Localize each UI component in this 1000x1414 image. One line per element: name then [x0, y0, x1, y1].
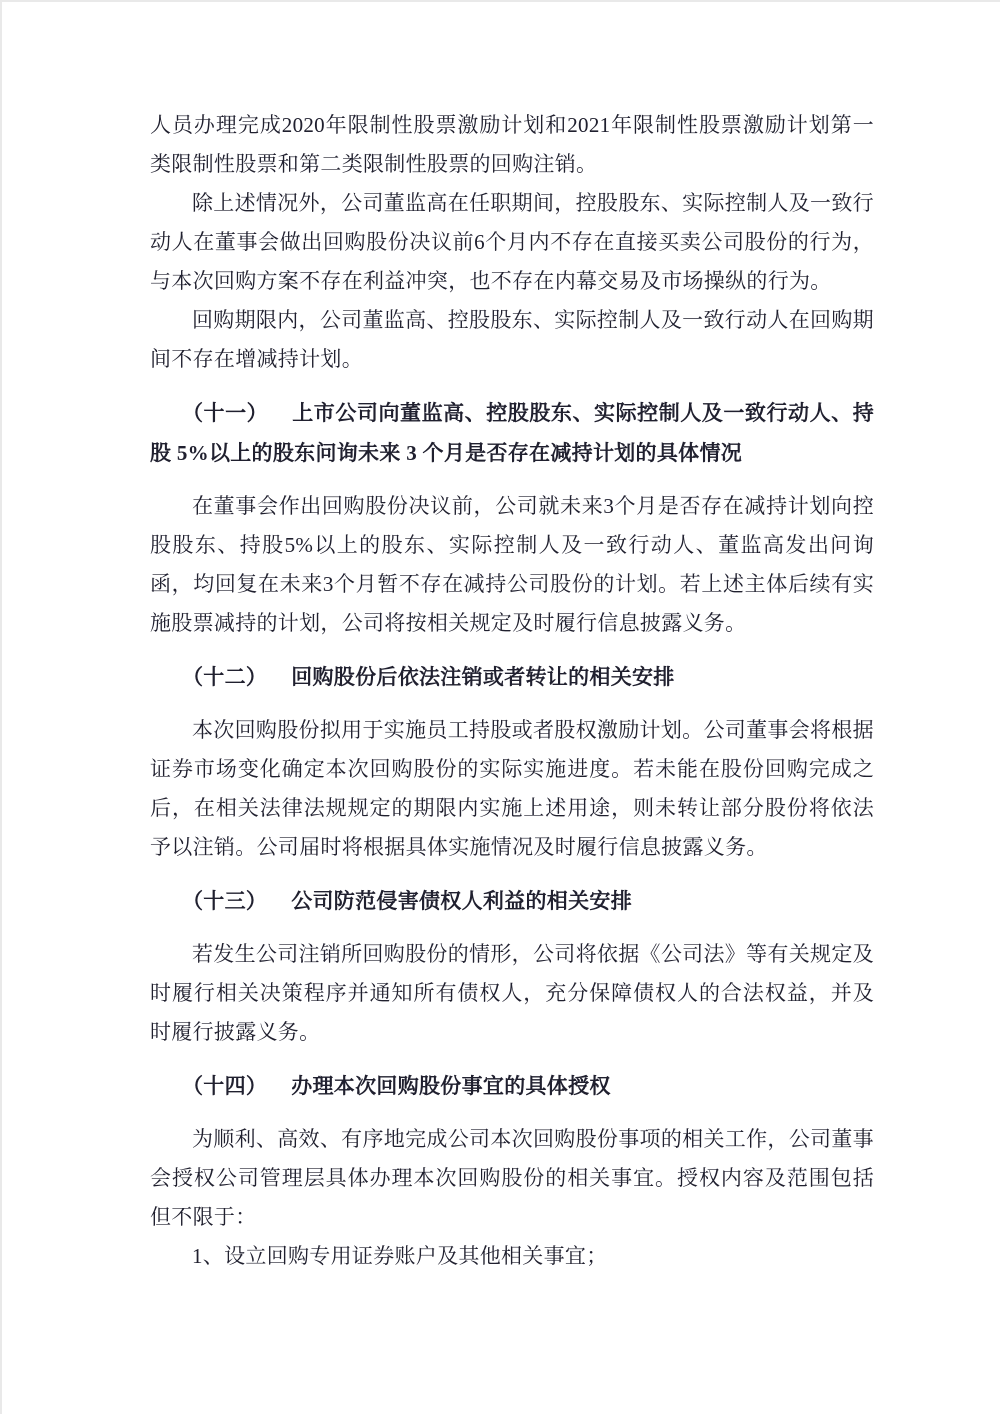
paragraph: 回购期限内，公司董监高、控股股东、实际控制人及一致行动人在回购期间不存在增减持计… — [150, 301, 874, 379]
paragraph: 若发生公司注销所回购股份的情形，公司将依据《公司法》等有关规定及时履行相关决策程… — [150, 935, 874, 1052]
section-number: （十一） — [182, 401, 268, 425]
document-page: 人员办理完成2020年限制性股票激励计划和2021年限制性股票激励计划第一类限制… — [0, 0, 1000, 1414]
section-number: （十四） — [182, 1074, 267, 1098]
section-heading: （十三）公司防范侵害债权人利益的相关安排 — [150, 881, 874, 921]
paragraph: 在董事会作出回购股份决议前，公司就未来3个月是否存在减持计划向控股股东、持股5%… — [150, 487, 874, 643]
paragraph: 本次回购股份拟用于实施员工持股或者股权激励计划。公司董事会将根据证券市场变化确定… — [150, 711, 874, 867]
paragraph: 人员办理完成2020年限制性股票激励计划和2021年限制性股票激励计划第一类限制… — [150, 106, 874, 184]
section-title: 办理本次回购股份事宜的具体授权 — [291, 1074, 611, 1098]
section-title: 回购股份后依法注销或者转让的相关安排 — [291, 665, 674, 689]
section-title: 公司防范侵害债权人利益的相关安排 — [291, 889, 632, 913]
section-number: （十二） — [182, 665, 267, 689]
section-heading: （十二）回购股份后依法注销或者转让的相关安排 — [150, 657, 874, 697]
paragraph: 为顺利、高效、有序地完成公司本次回购股份事项的相关工作，公司董事会授权公司管理层… — [150, 1120, 874, 1237]
section-heading: （十四）办理本次回购股份事宜的具体授权 — [150, 1066, 874, 1106]
section-number: （十三） — [182, 889, 267, 913]
section-heading: （十一）上市公司向董监高、控股股东、实际控制人及一致行动人、持股 5%以上的股东… — [150, 393, 874, 473]
list-item: 1、设立回购专用证券账户及其他相关事宜； — [150, 1237, 874, 1276]
document-body: 人员办理完成2020年限制性股票激励计划和2021年限制性股票激励计划第一类限制… — [150, 106, 874, 1276]
paragraph: 除上述情况外，公司董监高在任职期间，控股股东、实际控制人及一致行动人在董事会做出… — [150, 184, 874, 301]
